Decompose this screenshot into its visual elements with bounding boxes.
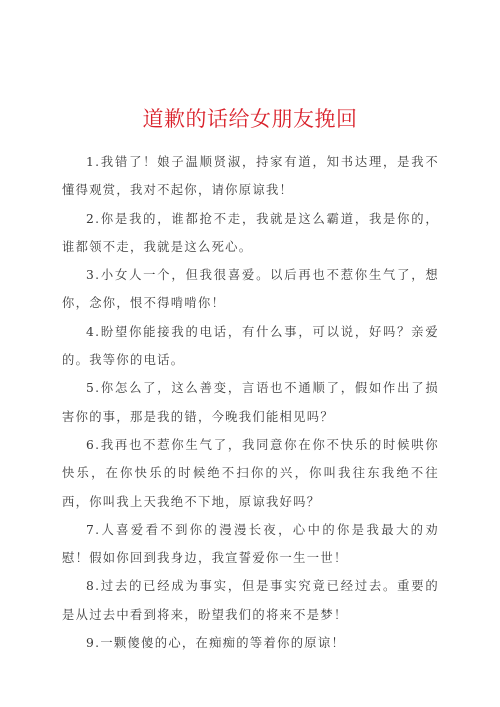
paragraph-3: 3.小女人一个，但我很喜爱。以后再也不惹你生气了，想你，念你，恨不得啃啃你！ <box>62 261 439 318</box>
document-page: 道歉的话给女朋友挽回 1.我错了！娘子温顺贤淑，持家有道，知书达理，是我不懂得观… <box>0 0 500 707</box>
paragraph-6: 6.我再也不惹你生气了，我同意你在你不快乐的时候哄你快乐，在你快乐的时候绝不扫你… <box>62 431 439 516</box>
paragraph-9: 9.一颗傻傻的心，在痴痴的等着你的原谅！ <box>62 629 439 657</box>
paragraph-5: 5.你怎么了，这么善变，言语也不通顺了，假如作出了损害你的事，那是我的错，今晚我… <box>62 374 439 431</box>
document-title: 道歉的话给女朋友挽回 <box>0 104 500 134</box>
document-body: 1.我错了！娘子温顺贤淑，持家有道，知书达理，是我不懂得观赏，我对不起你，请你原… <box>62 148 439 657</box>
paragraph-1: 1.我错了！娘子温顺贤淑，持家有道，知书达理，是我不懂得观赏，我对不起你，请你原… <box>62 148 439 205</box>
paragraph-2: 2.你是我的，谁都抢不走，我就是这么霸道，我是你的，谁都领不走，我就是这么死心。 <box>62 205 439 262</box>
paragraph-7: 7.人喜爱看不到你的漫漫长夜，心中的你是我最大的劝慰！假如你回到我身边，我宣誓爱… <box>62 516 439 573</box>
paragraph-8: 8.过去的已经成为事实，但是事实究竟已经过去。重要的是从过去中看到将来，盼望我们… <box>62 572 439 629</box>
paragraph-4: 4.盼望你能接我的电话，有什么事，可以说，好吗？亲爱的。我等你的电话。 <box>62 318 439 375</box>
